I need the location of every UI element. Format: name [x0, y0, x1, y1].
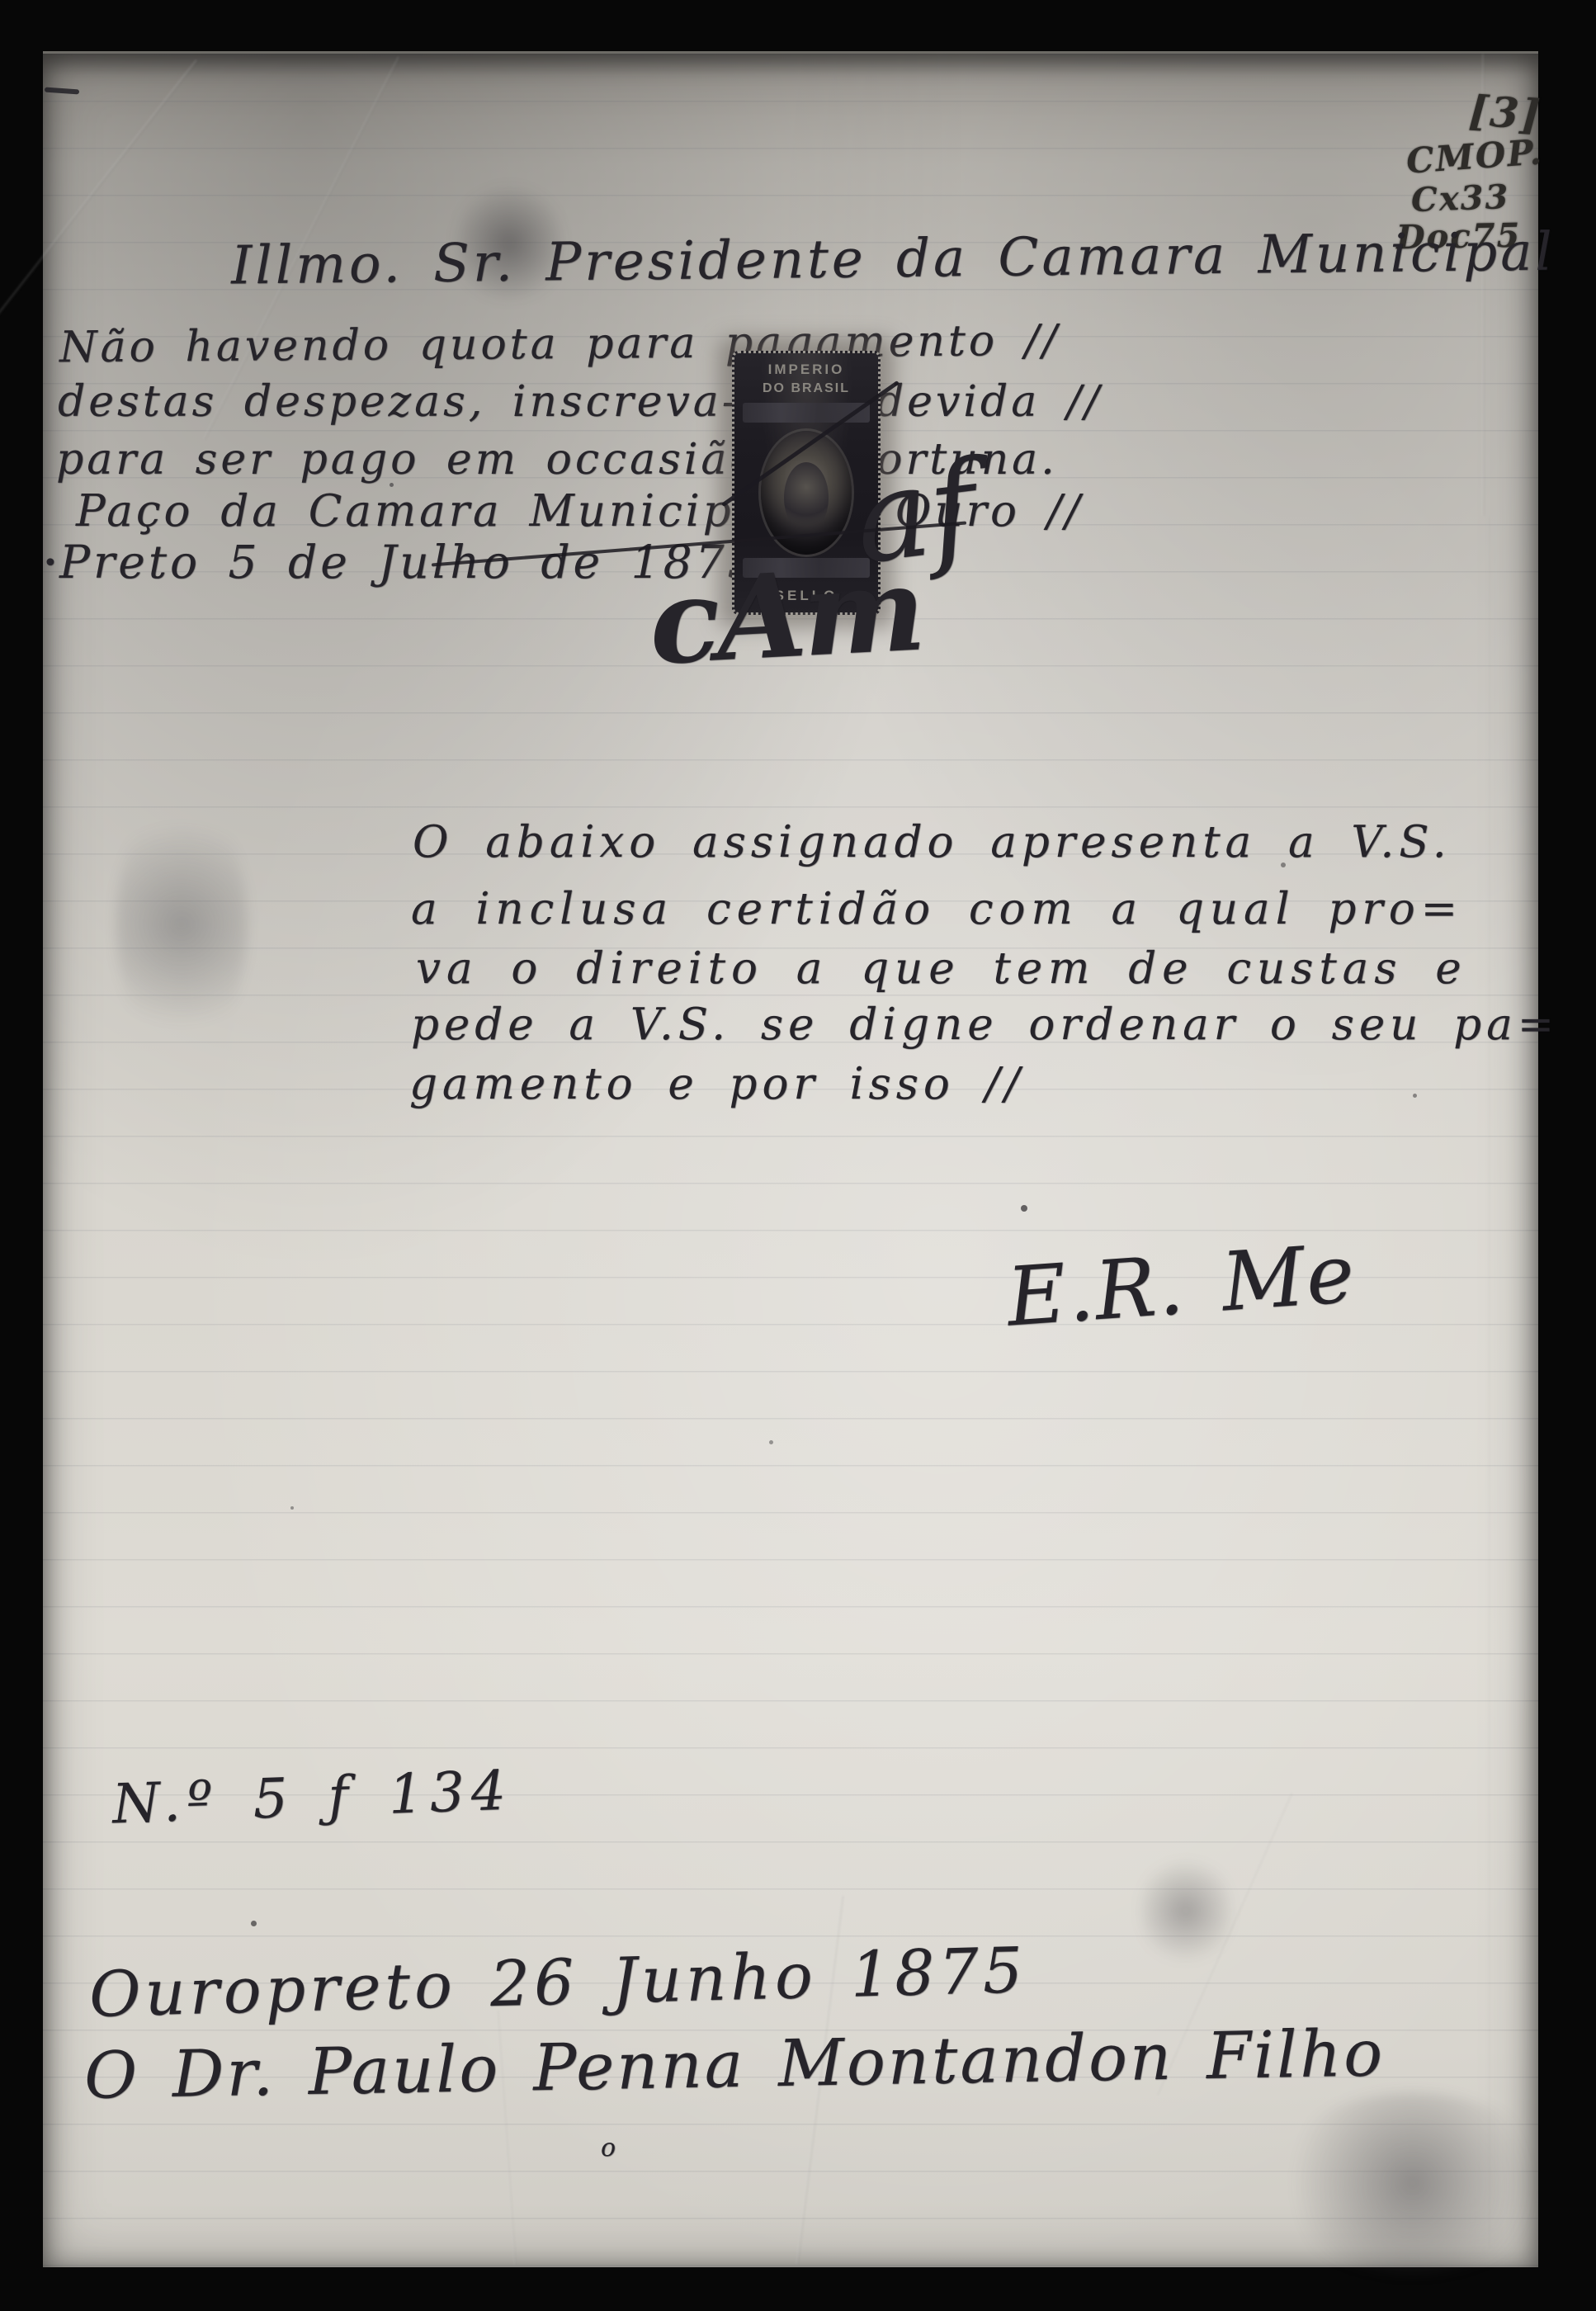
petition-line-4: pede a V.S. se digne ordenar o seu pa= — [411, 1000, 1559, 1050]
margin-dot: • — [43, 549, 61, 578]
crease-right-fold-lower — [1487, 516, 1490, 2249]
dateline: Ouropreto 26 Junho 1875 — [88, 1933, 1027, 2031]
ink-speck — [290, 1506, 294, 1510]
petitioner-full-signature: O Dr. Paulo Penna Montandon Filho — [83, 2016, 1386, 2113]
stamp-country-line1: IMPERIO — [734, 362, 878, 378]
petition-line-3: va o direito a que tem de custas e — [416, 943, 1467, 994]
stain-bottom-right — [1273, 2092, 1553, 2274]
ink-speck — [769, 1440, 773, 1444]
scanned-document: { "scan": { "archival_marks": { "bracket… — [0, 0, 1596, 2311]
archival-box-code: Cx33 — [1410, 177, 1510, 220]
despacho-line-1: Não havendo quota para pagamento // — [59, 316, 1060, 372]
stamp-country-line2: DO BRASIL — [734, 381, 878, 396]
addressee-header: Illmo. Sr. Presidente da Camara Municipa… — [231, 222, 1556, 297]
petitioner-initials-signature: E.R. Me — [1004, 1226, 1359, 1345]
docket-number: N.º 5 ƒ 134 — [111, 1759, 513, 1836]
stain-left-middle — [116, 796, 248, 1052]
stray-ink-mark: o — [601, 2134, 619, 2162]
ink-speck — [1021, 1205, 1027, 1212]
petition-line-1: O abaixo assignado apresenta a V.S. — [413, 817, 1452, 867]
ink-speck — [251, 1921, 257, 1926]
archival-fund-code: CMOP. — [1405, 131, 1544, 181]
despacho-line-2: destas despezas, inscreva-se a devida // — [58, 377, 1103, 427]
margin-dash-mark — [45, 87, 79, 95]
document-page: [3] CMOP. Cx33 Doc75 Illmo. Sr. Presiden… — [43, 51, 1538, 2267]
stain-bottom-center — [1140, 1853, 1231, 1968]
petition-line-2: a inclusa certidão com a qual pro= — [411, 884, 1463, 934]
ink-speck — [1413, 1094, 1417, 1098]
despacho-rubric-signature: cAm — [646, 541, 925, 691]
petition-line-5: gamento e por isso // — [409, 1059, 1024, 1109]
